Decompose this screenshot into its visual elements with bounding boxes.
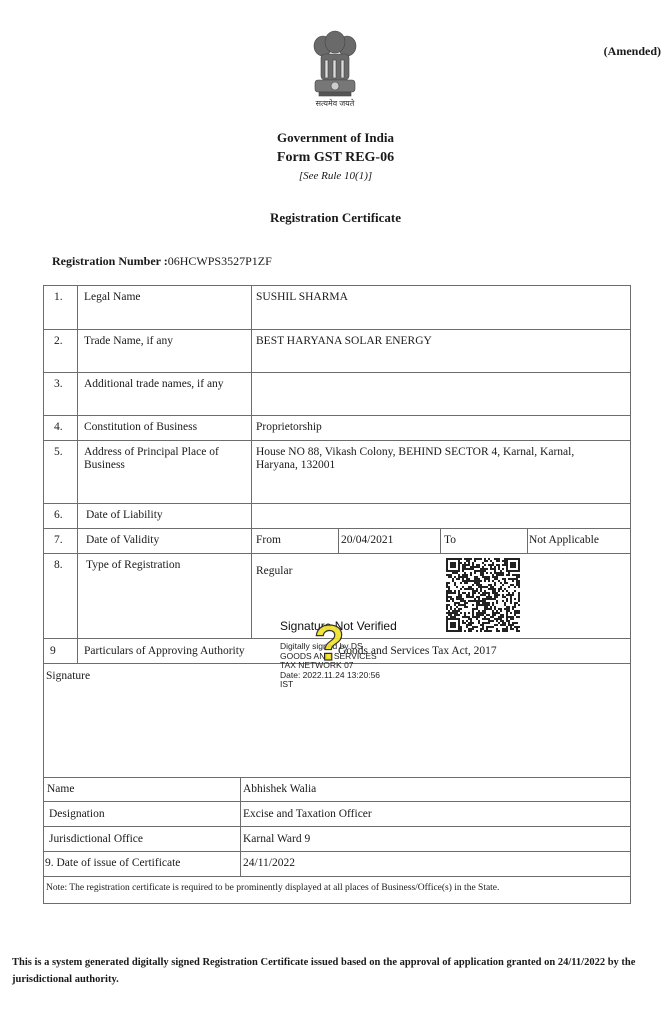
footer-statement: This is a system generated digitally sig… [12, 954, 662, 988]
trade-name-value: BEST HARYANA SOLAR ENERGY [256, 335, 432, 348]
row-label: Date of Validity [86, 534, 159, 547]
row-number: 4. [54, 421, 63, 434]
row-label: Particulars of Approving Authority [84, 645, 245, 658]
legal-name-value: SUSHIL SHARMA [256, 291, 348, 304]
row-label: Constitution of Business [84, 421, 197, 434]
designation-label: Designation [49, 808, 105, 821]
row-label: Trade Name, if any [84, 335, 173, 348]
issue-date-value: 24/11/2022 [243, 857, 295, 870]
jurisdictional-office-value: Karnal Ward 9 [243, 833, 310, 846]
designation-value: Excise and Taxation Officer [243, 808, 372, 821]
row-number: 5. [54, 446, 63, 459]
row-number: 3. [54, 378, 63, 391]
row-label: Legal Name [84, 291, 141, 304]
signature-detail-line: IST [280, 680, 380, 690]
question-mark-icon[interactable]: ? [314, 618, 345, 668]
registration-number-label: Registration Number : [52, 254, 168, 268]
rule-reference: [See Rule 10(1)] [0, 170, 671, 182]
row-number: 8. [54, 559, 63, 572]
validity-to-value: Not Applicable [529, 534, 599, 547]
amended-label: (Amended) [604, 44, 661, 59]
jurisdictional-office-label: Jurisdictional Office [49, 833, 143, 846]
registration-number: Registration Number :06HCWPS3527P1ZF [52, 254, 272, 269]
address-value: House NO 88, Vikash Colony, BEHIND SECTO… [256, 446, 616, 472]
authority-name-label: Name [47, 783, 74, 796]
row-label: Additional trade names, if any [84, 378, 224, 391]
signature-label: Signature [46, 670, 90, 683]
qr-code-icon [446, 558, 520, 632]
authority-name-value: Abhishek Walia [243, 783, 316, 796]
validity-from-value: 20/04/2021 [341, 534, 393, 547]
row-number: 9 [50, 645, 56, 658]
registration-number-value: 06HCWPS3527P1ZF [168, 254, 272, 268]
row-label: Type of Registration [86, 559, 180, 572]
validity-to-label: To [444, 534, 456, 547]
note-text: Note: The registration certificate is re… [46, 882, 499, 895]
registration-type-value: Regular [256, 565, 292, 578]
row-number: 1. [54, 291, 63, 304]
government-heading: Government of India [0, 130, 671, 146]
page-title: Registration Certificate [0, 210, 671, 226]
constitution-value: Proprietorship [256, 421, 322, 434]
row-label: Address of Principal Place of Business [84, 446, 244, 472]
form-name: Form GST REG-06 [0, 150, 671, 166]
issue-date-label: 9. Date of issue of Certificate [45, 857, 180, 870]
row-number: 2. [54, 335, 63, 348]
signature-detail-line: Date: 2022.11.24 13:20:56 [280, 671, 380, 681]
emblem-motto: सत्यमेव जयते [300, 98, 370, 109]
validity-from-label: From [256, 534, 281, 547]
row-label: Date of Liability [86, 509, 163, 522]
row-number: 7. [54, 534, 63, 547]
row-number: 6. [54, 509, 63, 522]
